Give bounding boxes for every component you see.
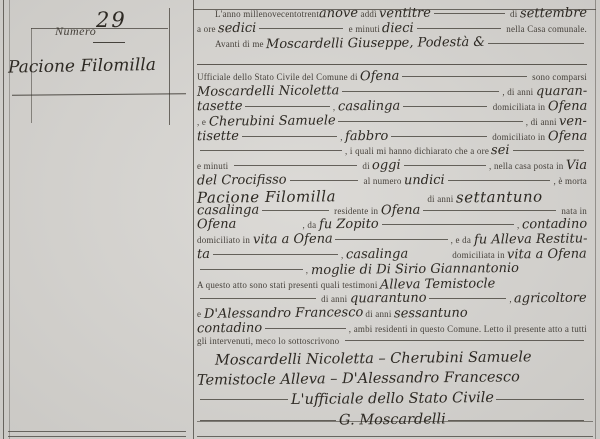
fill-in-line [242,136,337,137]
handwritten-text: Ofena [360,69,399,84]
fill-in-line [513,150,584,151]
handwritten-text: casalinga [197,202,259,218]
printed-text: , e [197,117,209,127]
margin-name-underline [12,93,186,96]
printed-text: di [508,9,520,19]
printed-text: e minuti [346,24,382,34]
fill-in-line [488,43,584,44]
printed-text: di anni [363,309,394,319]
fill-in-line [335,239,447,240]
fill-in-line [265,328,346,329]
handwritten-text: Via [566,158,587,173]
margin-number-underline [93,42,125,43]
printed-text: nata in [559,206,587,216]
fill-in-line [345,340,584,341]
body-line: , e Cherubini Samuele, di anni ven- [197,114,587,129]
fill-in-line [259,28,343,29]
handwritten-text: fabbro [345,128,388,143]
fill-in-line [245,106,329,107]
act-text-body: L'anno millenovecentotrentanove addì ven… [197,6,587,433]
handwritten-text: Cherubini Samuele [208,113,335,129]
handwritten-text: Ofena [381,202,420,217]
printed-text: al numero [361,176,404,186]
fill-in-line [434,13,504,14]
body-line: Ofena, da fu Zopito, contadino [197,217,587,232]
printed-text: , e da [451,235,474,245]
handwritten-text: sei [491,143,510,158]
handwritten-text: Moscardelli Giuseppe, Podestà & [266,34,485,51]
body-line: tasette, casalinga domiciliata in Ofena [197,99,587,114]
margin-deceased-name: Pacione Filomilla [8,54,188,77]
handwritten-text: undici [404,173,445,188]
body-line: gli intervenuti, meco lo sottoscrivono [197,336,587,351]
signature-line: G. Moscardelli [197,412,587,433]
printed-text: domiciliata in [490,102,547,112]
fill-in-line [200,298,316,299]
fill-in-line [342,91,499,92]
body-line: del Crocifisso al numero undici, è morta [197,173,587,188]
handwritten-text: Ofena [548,128,587,143]
handwritten-text: agricoltore [514,291,587,307]
handwritten-text: vita a Ofena [507,247,587,263]
handwritten-text: Moscardelli Nicoletta – Cherubini Samuel… [215,349,532,368]
signature-line: L'ufficiale dello Stato Civile [197,391,587,412]
printed-text: domiciliato in [197,235,253,245]
fill-in-line [290,180,359,181]
handwritten-text: Temistocle Alleva – D'Alessandro Frances… [197,369,520,388]
printed-text: L'anno millenovecentotrent [215,9,319,19]
printed-text: Ufficiale dello Stato Civile del Comune … [197,72,360,82]
fill-in-line [448,420,584,421]
printed-text: , i quali mi hanno dichiarato che a ore [345,146,491,156]
fill-in-line [200,420,336,421]
body-line: , moglie di Di Sirio Giannantonio [197,262,587,277]
printed-text: e minuti [197,161,231,171]
handwritten-text: tisette [197,128,239,143]
handwritten-text: ta [197,247,210,262]
printed-text: di anni [425,194,456,204]
printed-text: , ambi residenti in questo Comune. Letto… [349,324,587,334]
handwritten-text: settembre [520,6,587,22]
handwritten-text: contadino [522,217,587,233]
handwritten-text: anove [319,6,358,21]
handwritten-text: quaran- [536,84,587,100]
handwritten-text: L'ufficiale dello Stato Civile [290,389,493,407]
body-line: domiciliato in vita a Ofena, e da fu All… [197,232,587,247]
margin-number-value: 29 [96,8,127,32]
fill-in-line [417,28,501,29]
margin-column: Numero 29 Pacione Filomilla [0,0,192,439]
printed-text: residente in [332,206,381,216]
handwritten-text: fu Zopito [319,217,379,233]
body-line: e minuti di oggi, nella casa posta in Vi… [197,158,587,173]
body-line: L'anno millenovecentotrentanove addì ven… [197,6,587,21]
handwritten-text: Ofena [197,217,236,232]
handwritten-text: oggi [372,158,401,173]
main-box-left-rule [193,0,194,439]
handwritten-text: ven- [559,114,587,129]
printed-text: A questo atto sono stati presenti quali … [197,280,380,290]
printed-text: , di anni [526,117,560,127]
fill-in-line [200,269,303,270]
body-line: tisette, fabbro domiciliato in Ofena [197,129,587,144]
body-line: Moscardelli Nicoletta, di anni quaran- [197,84,587,99]
fill-in-line [391,136,486,137]
printed-text: nella Casa comunale. [504,24,587,34]
fill-in-line [404,165,486,166]
handwritten-text: del Crocifisso [197,173,287,189]
printed-text: , da [303,220,319,230]
fill-in-line [382,224,514,225]
fill-in-line [496,399,584,400]
handwritten-text: contadino [197,321,262,337]
printed-text: , nella casa posta in [489,161,566,171]
handwritten-text: tasette [197,99,243,114]
handwritten-text: dieci [382,21,414,36]
body-line: Avanti di me Moscardelli Giuseppe, Podes… [197,36,587,51]
printed-text: di anni [319,294,350,304]
fill-in-line [213,254,338,255]
handwritten-text: fu Alleva Restitu- [473,232,587,248]
handwritten-text: Alleva Temistocle [380,276,495,292]
body-line: Ufficiale dello Stato Civile del Comune … [197,69,587,84]
printed-text: sono comparsi [530,72,587,82]
separator-rule [197,50,587,65]
margin-number-label: Numero [55,24,96,39]
body-line: , i quali mi hanno dichiarato che a ore … [197,143,587,158]
handwritten-text: vita a Ofena [252,232,332,248]
fill-in-line [200,150,342,151]
body-line: a ore sedici e minuti dieci nella Casa c… [197,21,587,36]
fill-in-line [423,210,556,211]
body-line: di anni quarantuno, agricoltore [197,291,587,306]
body-line: contadino, ambi residenti in questo Comu… [197,321,587,336]
signature-line: Temistocle Alleva – D'Alessandro Frances… [197,371,587,391]
printed-text: e [197,309,204,319]
fill-in-line [429,298,506,299]
printed-text: addì [358,9,379,19]
body-line: ta, casalinga domiciliata in vita a Ofen… [197,247,587,262]
printed-text: , di anni [502,87,536,97]
printed-text: , [306,265,311,275]
signature-line: Moscardelli Nicoletta – Cherubini Samuel… [197,351,587,371]
handwritten-text: casalinga [346,247,408,263]
handwritten-text: sedici [218,21,256,36]
printed-text: , è morta [553,176,587,186]
death-record-scan: Numero 29 Pacione Filomilla L'anno mille… [0,0,600,439]
fill-in-line [234,165,357,166]
handwritten-text: D'Alessandro Francesco [204,305,363,322]
main-box-right-rule [595,0,596,439]
handwritten-text: settantuno [456,187,543,206]
fill-in-line [402,76,526,77]
handwritten-text: ventitre [379,6,431,22]
printed-text: gli intervenuti, meco lo sottoscrivono [197,336,342,346]
handwritten-text: Moscardelli Nicoletta [197,83,340,99]
handwritten-text: G. Moscardelli [339,411,446,428]
printed-text: domiciliata in [450,250,507,260]
handwritten-text: sessantuno [394,306,468,322]
handwritten-text: Ofena [548,99,587,114]
printed-text: Avanti di me [215,39,266,49]
printed-text: a ore [197,24,218,34]
fill-in-line [448,180,551,181]
printed-text: domiciliato in [490,132,548,142]
fill-in-line [338,121,522,122]
body-line: Pacione Filomilla di anni settantuno [197,188,587,203]
handwritten-text: casalinga [338,99,400,115]
handwritten-text: moglie di Di Sirio Giannantonio [311,261,519,278]
fill-in-line [262,210,328,211]
fill-in-line [200,399,288,400]
fill-in-line [403,106,487,107]
body-line: e D'Alessandro Francesco di anni sessant… [197,306,587,321]
printed-text: di [360,161,372,171]
body-line: A questo atto sono stati presenti quali … [197,277,587,292]
main-bottom-rule-2 [197,436,593,437]
